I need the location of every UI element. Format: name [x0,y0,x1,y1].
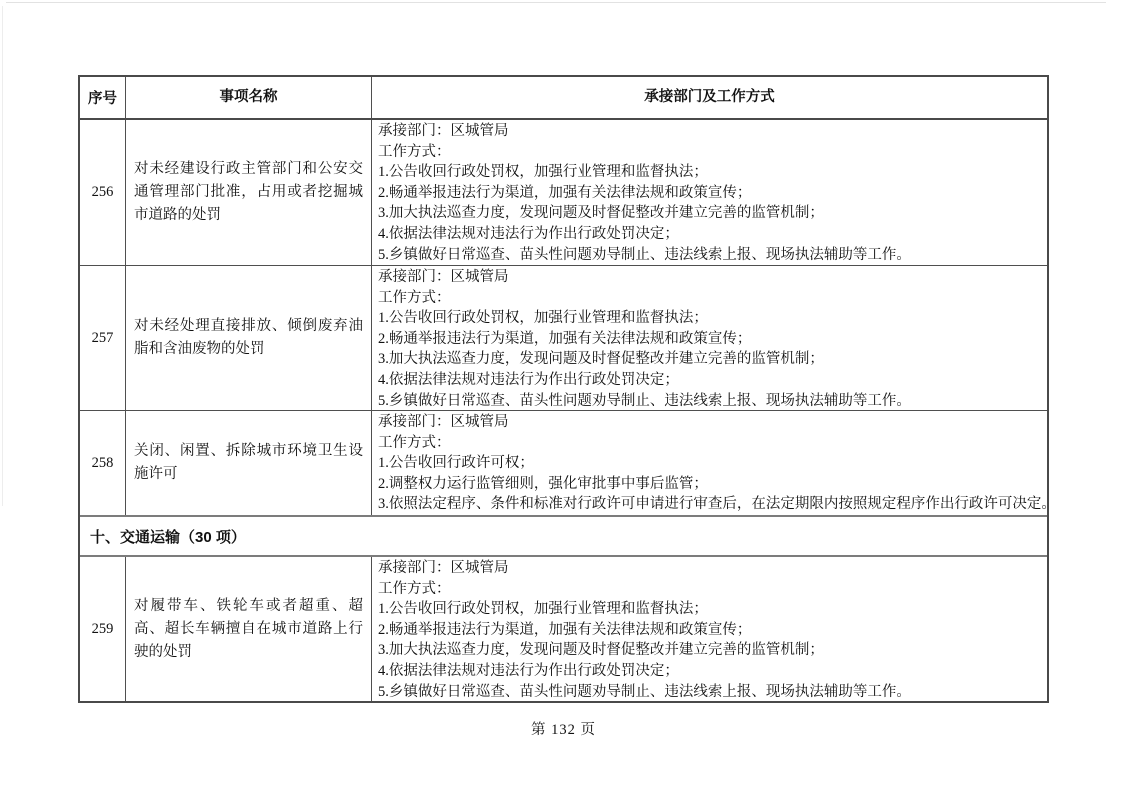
serial-cell: 258 [80,411,126,515]
detail-line: 2.调整权力运行监管细则，强化审批事中事后监管； [378,474,1039,495]
items-table: 序号 事项名称 承接部门及工作方式 256 对未经建设行政主管部门和公安交通管理… [78,75,1049,703]
detail-line: 2.畅通举报违法行为渠道，加强有关法律法规和政策宣传； [378,329,1039,350]
item-name-text: 关闭、闲置、拆除城市环境卫生设施许可 [134,440,363,486]
detail-line: 3.依照法定程序、条件和标准对行政许可申请进行审查后，在法定期限内按照规定程序作… [378,494,1039,515]
header-cell-name: 事项名称 [126,77,372,118]
detail-line: 1.公告收回行政处罚权，加强行业管理和监督执法； [378,599,1039,620]
detail-cell: 承接部门：区城管局 工作方式： 1.公告收回行政处罚权，加强行业管理和监督执法；… [372,120,1047,265]
detail-line: 1.公告收回行政许可权； [378,453,1039,474]
detail-line: 5.乡镇做好日常巡查、苗头性问题劝导制止、违法线索上报、现场执法辅助等工作。 [378,245,1039,265]
detail-line: 2.畅通举报违法行为渠道，加强有关法律法规和政策宣传； [378,183,1039,204]
detail-line: 承接部门：区城管局 [378,412,1039,433]
page-edge-left [2,6,3,506]
header-cell-no: 序号 [80,77,126,118]
detail-line: 5.乡镇做好日常巡查、苗头性问题劝导制止、违法线索上报、现场执法辅助等工作。 [378,682,1039,701]
item-name-cell: 对履带车、铁轮车或者超重、超高、超长车辆擅自在城市道路上行驶的处罚 [126,557,372,701]
page-edge-top [6,2,1106,3]
item-name-cell: 对未经建设行政主管部门和公安交通管理部门批准，占用或者挖掘城市道路的处罚 [126,120,372,265]
detail-cell: 承接部门：区城管局 工作方式： 1.公告收回行政许可权； 2.调整权力运行监管细… [372,411,1047,515]
detail-line: 3.加大执法巡查力度，发现问题及时督促整改并建立完善的监管机制； [378,349,1039,370]
item-name-text: 对履带车、铁轮车或者超重、超高、超长车辆擅自在城市道路上行驶的处罚 [134,595,363,664]
detail-line: 4.依据法律法规对违法行为作出行政处罚决定； [378,661,1039,682]
detail-line: 工作方式： [378,433,1039,454]
page-number: 第 132 页 [78,718,1049,739]
header-cell-detail: 承接部门及工作方式 [372,77,1047,118]
detail-line: 3.加大执法巡查力度，发现问题及时督促整改并建立完善的监管机制； [378,640,1039,661]
item-name-cell: 对未经处理直接排放、倾倒废弃油脂和含油废物的处罚 [126,266,372,410]
detail-line: 4.依据法律法规对违法行为作出行政处罚决定； [378,370,1039,391]
table-row: 256 对未经建设行政主管部门和公安交通管理部门批准，占用或者挖掘城市道路的处罚… [80,120,1047,266]
detail-line: 4.依据法律法规对违法行为作出行政处罚决定； [378,224,1039,245]
detail-line: 承接部门：区城管局 [378,267,1039,288]
detail-cell: 承接部门：区城管局 工作方式： 1.公告收回行政处罚权，加强行业管理和监督执法；… [372,557,1047,701]
section-header: 十、交通运输（30 项） [80,515,1047,557]
table-row: 258 关闭、闲置、拆除城市环境卫生设施许可 承接部门：区城管局 工作方式： 1… [80,411,1047,515]
detail-line: 2.畅通举报违法行为渠道，加强有关法律法规和政策宣传； [378,620,1039,641]
detail-line: 工作方式： [378,142,1039,163]
serial-cell: 257 [80,266,126,410]
table-row: 259 对履带车、铁轮车或者超重、超高、超长车辆擅自在城市道路上行驶的处罚 承接… [80,557,1047,701]
detail-line: 承接部门：区城管局 [378,558,1039,579]
item-name-text: 对未经处理直接排放、倾倒废弃油脂和含油废物的处罚 [134,315,363,361]
serial-cell: 259 [80,557,126,701]
detail-line: 1.公告收回行政处罚权，加强行业管理和监督执法； [378,308,1039,329]
detail-line: 工作方式： [378,579,1039,600]
detail-line: 工作方式： [378,288,1039,309]
detail-line: 1.公告收回行政处罚权，加强行业管理和监督执法； [378,162,1039,183]
item-name-text: 对未经建设行政主管部门和公安交通管理部门批准，占用或者挖掘城市道路的处罚 [134,158,363,227]
item-name-cell: 关闭、闲置、拆除城市环境卫生设施许可 [126,411,372,515]
serial-cell: 256 [80,120,126,265]
table-header-row: 序号 事项名称 承接部门及工作方式 [80,77,1047,120]
table-row: 257 对未经处理直接排放、倾倒废弃油脂和含油废物的处罚 承接部门：区城管局 工… [80,266,1047,411]
detail-line: 承接部门：区城管局 [378,121,1039,142]
detail-line: 5.乡镇做好日常巡查、苗头性问题劝导制止、违法线索上报、现场执法辅助等工作。 [378,391,1039,410]
detail-line: 3.加大执法巡查力度，发现问题及时督促整改并建立完善的监管机制； [378,203,1039,224]
detail-cell: 承接部门：区城管局 工作方式： 1.公告收回行政处罚权，加强行业管理和监督执法；… [372,266,1047,410]
